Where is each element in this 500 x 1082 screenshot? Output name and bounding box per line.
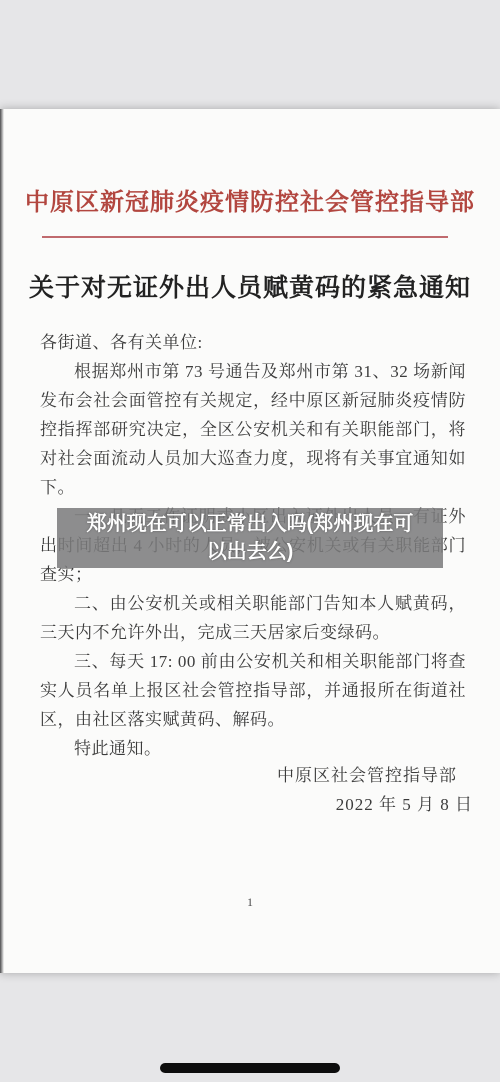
home-indicator-bar[interactable] <box>160 1063 340 1073</box>
salutation: 各街道、各有关单位: <box>40 328 466 357</box>
signature-date: 2022 年 5 月 8 日 <box>277 790 473 819</box>
paragraph-item-2: 二、由公安机关或相关职能部门告知本人赋黄码，三天内不允许外出，完成三天居家后变绿… <box>40 589 466 647</box>
page-left-shadow-edge <box>0 109 4 973</box>
paragraph-closing: 特此通知。 <box>40 734 466 763</box>
signature-block: 中原区社会管控指导部 2022 年 5 月 8 日 <box>277 761 473 819</box>
page-number: 1 <box>0 895 500 910</box>
phone-screenshot: 中原区新冠肺炎疫情防控社会管控指导部 关于对无证外出人员赋黄码的紧急通知 各街道… <box>0 0 500 1082</box>
paragraph-intro: 根据郑州市第 73 号通告及郑州市第 31、32 场新闻发布会社会面管控有关规定… <box>40 357 466 502</box>
red-divider-line <box>42 236 448 238</box>
caption-line-2: 以出去么) <box>207 538 294 566</box>
document-header-title: 中原区新冠肺炎疫情防控社会管控指导部 <box>0 182 500 217</box>
signature-org: 中原区社会管控指导部 <box>277 761 473 790</box>
notice-title: 关于对无证外出人员赋黄码的紧急通知 <box>0 268 500 304</box>
paragraph-item-3: 三、每天 17: 00 前由公安机关和相关职能部门将查实人员名单上报区社会管控指… <box>40 647 466 734</box>
caption-line-1: 郑州现在可以正常出入吗(郑州现在可 <box>87 510 414 538</box>
caption-overlay: 郑州现在可以正常出入吗(郑州现在可 以出去么) <box>57 508 443 568</box>
